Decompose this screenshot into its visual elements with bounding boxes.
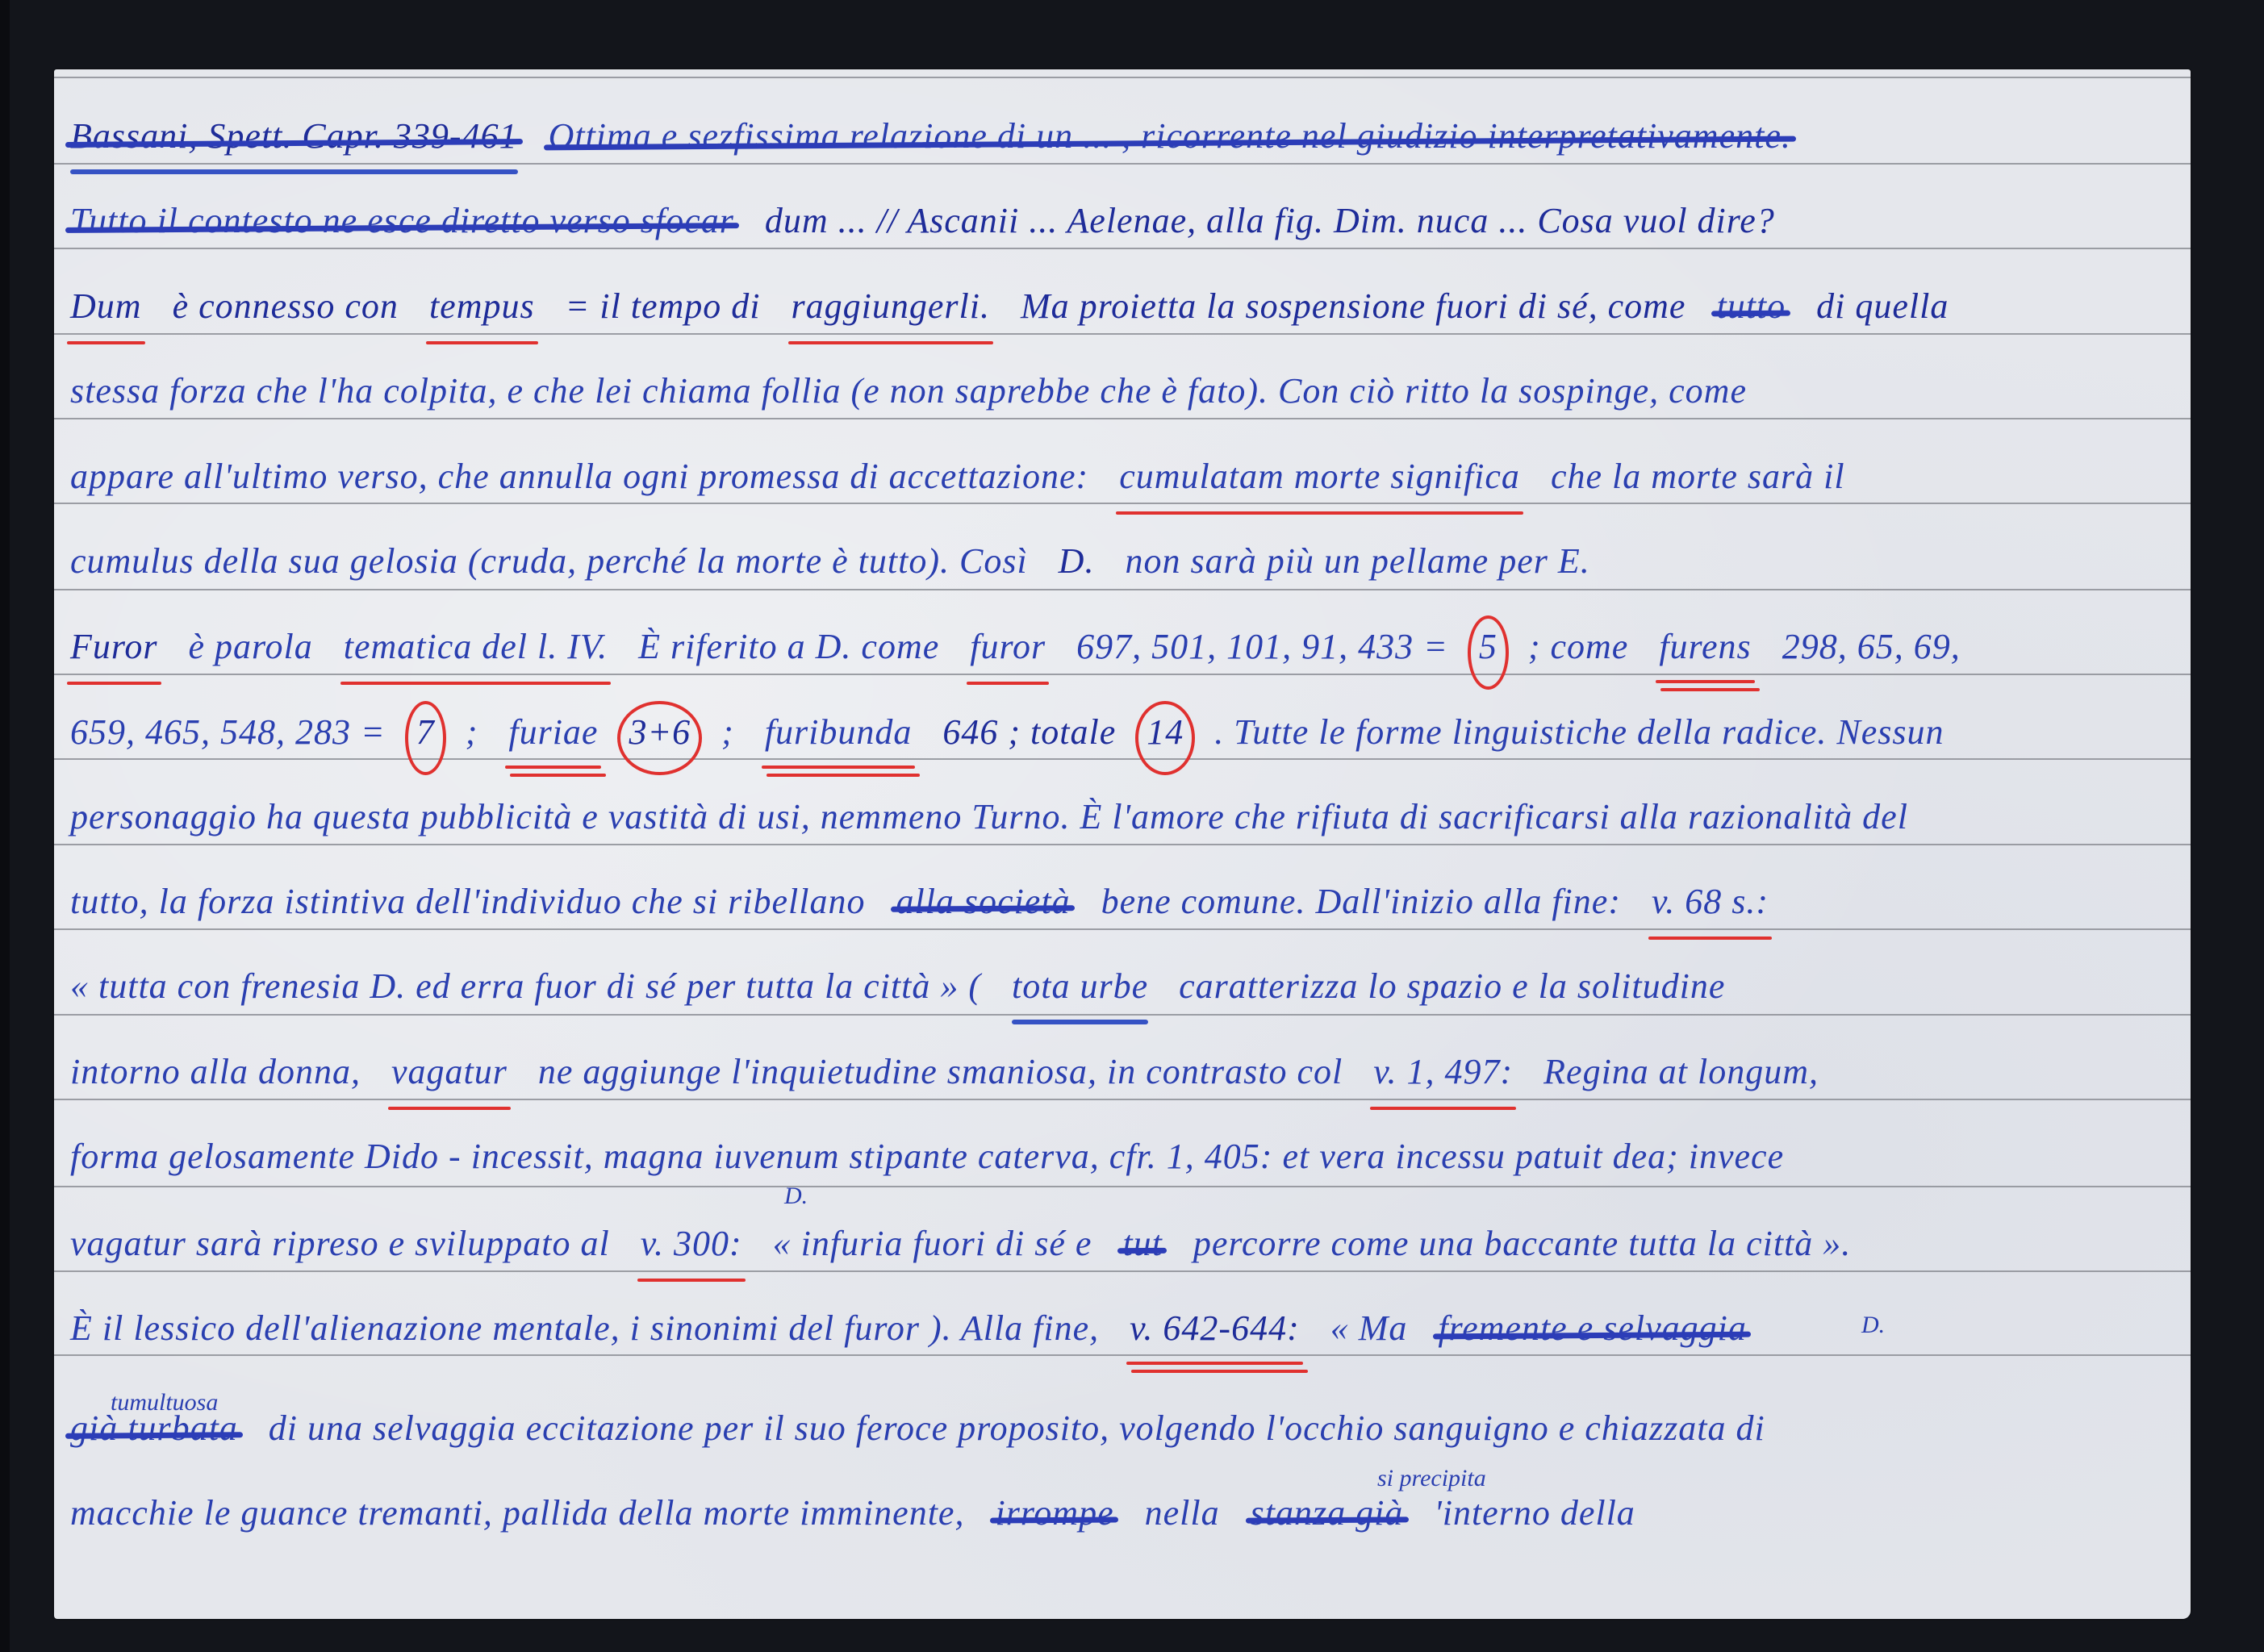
manuscript-page: Bassani, Spett. Capr. 339-461 Ottima e s… <box>54 69 2191 1619</box>
text-line-16: già turbata di una selvaggia eccitazione… <box>70 1392 2166 1465</box>
struck-text: alla società <box>896 866 1070 938</box>
handwritten-text: di una selvaggia eccitazione per il suo … <box>269 1392 1765 1465</box>
handwritten-text: è parola <box>189 611 313 683</box>
struck-text: tut <box>1122 1208 1162 1280</box>
handwritten-text: « tutta con frenesia D. ed erra fuor di … <box>70 950 981 1023</box>
handwritten-text: ; come <box>1528 611 1629 683</box>
blue-underlined-phrase: tota urbe <box>1012 950 1148 1023</box>
interlinear-note: D. <box>784 1183 808 1210</box>
handwritten-text: che la morte sarà il <box>1551 440 1845 513</box>
red-underlined-word: tempus <box>429 270 535 343</box>
handwritten-text: tutto, la forza istintiva dell'individuo… <box>70 866 865 938</box>
handwritten-text: appare all'ultimo verso, che annulla ogn… <box>70 440 1088 513</box>
handwritten-text: 659, 465, 548, 283 = <box>70 696 386 769</box>
handwritten-text: Ma proietta la sospensione fuori di sé, … <box>1021 270 1686 343</box>
double-underlined-word: furibunda <box>765 696 913 769</box>
handwritten-text: Regina at longum, <box>1543 1036 1819 1108</box>
text-line-3: Dum è connesso con tempus = il tempo di … <box>70 270 2166 343</box>
handwritten-text: È il lessico dell'alienazione mentale, i… <box>70 1292 1099 1365</box>
handwritten-text: D. <box>1059 525 1095 598</box>
struck-citation: Bassani, Spett. Capr. 339-461 <box>70 100 518 173</box>
text-line-15: È il lessico dell'alienazione mentale, i… <box>70 1292 2166 1365</box>
handwritten-text: ne aggiunge l'inquietudine smaniosa, in … <box>538 1036 1343 1108</box>
text-line-1: Bassani, Spett. Capr. 339-461 Ottima e s… <box>70 100 2166 173</box>
double-underlined-reference: v. 642-644: <box>1130 1292 1300 1365</box>
handwritten-text: ; <box>721 696 734 769</box>
handwritten-text: forma gelosamente Dido - incessit, magna… <box>70 1120 1784 1193</box>
text-line-8: 659, 465, 548, 283 = 7 ; furiae 3+6 ; fu… <box>70 696 2166 769</box>
struck-text: irrompe <box>995 1477 1113 1550</box>
struck-text: fremente e selvaggia <box>1438 1292 1746 1365</box>
handwritten-text: personaggio ha questa pubblicità e vasti… <box>70 781 1908 853</box>
text-line-12: intorno alla donna, vagatur ne aggiunge … <box>70 1036 2166 1108</box>
struck-text: Tutto il contesto ne esce diretto verso … <box>70 185 734 257</box>
red-underlined-word: vagatur <box>391 1036 508 1108</box>
handwritten-text: è connesso con <box>173 270 399 343</box>
red-underlined-phrase: cumulatam morte significa <box>1119 440 1520 513</box>
handwritten-text: 646 ; totale <box>942 696 1116 769</box>
handwritten-text: di quella <box>1816 270 1949 343</box>
handwritten-text: nella <box>1145 1477 1220 1550</box>
circled-count: 3+6 <box>629 696 691 769</box>
handwritten-text: « infuria fuori di sé e <box>773 1208 1092 1280</box>
text-line-6: cumulus della sua gelosia (cruda, perché… <box>70 525 2166 598</box>
circled-count: 7 <box>416 696 435 769</box>
handwritten-text: 298, 65, 69, <box>1782 611 1961 683</box>
ruled-line <box>54 77 2191 78</box>
struck-text: già turbata <box>70 1392 238 1465</box>
handwritten-text: caratterizza lo spazio e la solitudine <box>1179 950 1725 1023</box>
handwritten-text: percorre come una baccante tutta la citt… <box>1193 1208 1851 1280</box>
handwritten-text: dum ... // Ascanii ... Aelenae, alla fig… <box>765 185 1775 257</box>
double-underlined-word: furiae <box>508 696 598 769</box>
text-line-7: Furor è parola tematica del l. IV. È rif… <box>70 611 2166 683</box>
red-underlined-word: furor <box>970 611 1046 683</box>
handwritten-text: non sarà più un pellame per E. <box>1125 525 1589 598</box>
text-line-2: Tutto il contesto ne esce diretto verso … <box>70 185 2166 257</box>
struck-text: Ottima e sezfissima relazione di un ... … <box>549 100 1791 173</box>
handwritten-text: intorno alla donna, <box>70 1036 361 1108</box>
handwritten-text: È riferito a D. come <box>638 611 939 683</box>
handwritten-text: stessa forza che l'ha colpita, e che lei… <box>70 355 1747 428</box>
red-underlined-word: raggiungerli. <box>792 270 990 343</box>
circled-total: 14 <box>1147 696 1184 769</box>
handwritten-text: bene comune. Dall'inizio alla fine: <box>1101 866 1621 938</box>
double-underlined-word: furens <box>1659 611 1751 683</box>
handwritten-text: macchie le guance tremanti, pallida dell… <box>70 1477 964 1550</box>
red-underlined-phrase: tematica del l. IV. <box>344 611 608 683</box>
text-line-13: forma gelosamente Dido - incessit, magna… <box>70 1120 2166 1193</box>
circled-count: 5 <box>1479 611 1497 683</box>
scan-border <box>0 0 10 1652</box>
text-line-14: vagatur sarà ripreso e sviluppato al v. … <box>70 1208 2166 1280</box>
text-line-9: personaggio ha questa pubblicità e vasti… <box>70 781 2166 853</box>
handwritten-text: cumulus della sua gelosia (cruda, perché… <box>70 525 1028 598</box>
struck-text: stanza già <box>1251 1477 1404 1550</box>
red-underlined-word: Dum <box>70 270 142 343</box>
handwritten-text: ; <box>466 696 478 769</box>
text-line-11: « tutta con frenesia D. ed erra fuor di … <box>70 950 2166 1023</box>
handwritten-text: 697, 501, 101, 91, 433 = <box>1076 611 1448 683</box>
handwritten-text: . Tutte le forme linguistiche della radi… <box>1214 696 1944 769</box>
text-line-5: appare all'ultimo verso, che annulla ogn… <box>70 440 2166 513</box>
handwritten-text: = il tempo di <box>566 270 761 343</box>
red-underlined-reference: v. 68 s.: <box>1652 866 1769 938</box>
struck-text: tutto <box>1716 270 1786 343</box>
handwritten-text: vagatur sarà ripreso e sviluppato al <box>70 1208 610 1280</box>
text-line-4: stessa forza che l'ha colpita, e che lei… <box>70 355 2166 428</box>
red-underlined-reference: v. 300: <box>641 1208 742 1280</box>
handwritten-text: « Ma <box>1330 1292 1408 1365</box>
text-line-17: macchie le guance tremanti, pallida dell… <box>70 1477 2166 1550</box>
text-line-10: tutto, la forza istintiva dell'individuo… <box>70 866 2166 938</box>
red-underlined-reference: v. 1, 497: <box>1373 1036 1513 1108</box>
handwritten-text: 'interno della <box>1434 1477 1635 1550</box>
red-underlined-word: Furor <box>70 611 158 683</box>
